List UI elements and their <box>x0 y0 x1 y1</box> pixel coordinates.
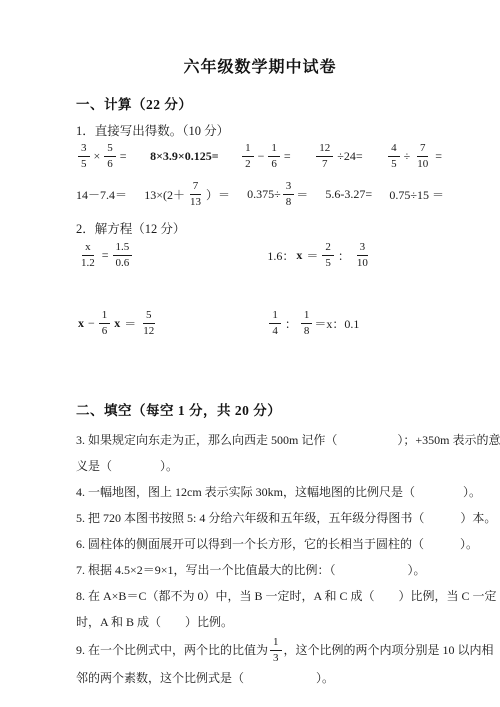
fraction-denominator: 8 <box>301 324 313 337</box>
fraction: 710 <box>414 142 431 170</box>
calc-expr-10: 0.75÷15 ＝ <box>389 186 444 203</box>
question-9-prefix: 9. 在一个比例式中，两个比的比值为 <box>76 635 268 665</box>
q1-label: 1．直接写出得数。（10 分） <box>76 121 444 139</box>
fraction-numerator: 1 <box>99 309 111 324</box>
question-5: 5. 把 720 本图书按照 5: 4 分给六年级和五年级，五年级分得图书（ ）… <box>76 505 444 531</box>
calc-expr-2: 8×3.9×0.125= <box>150 149 219 164</box>
fraction-denominator: 7 <box>319 157 331 170</box>
fraction: 16 <box>99 309 111 337</box>
equals-sign: = <box>120 149 127 164</box>
fraction-numerator: 1 <box>301 309 313 324</box>
equation-row-2: x − 16 x ＝ 512 14 ： 18 ＝x：0.1 <box>76 309 444 337</box>
equals-sign: ＝ <box>124 315 136 332</box>
calc-expr-3: 12 − 16 = <box>240 142 293 170</box>
question-7: 7. 根据 4.5×2＝9×1，写出一个比值最大的比例：（ ）。 <box>76 557 444 583</box>
question-4: 4. 一幅地图，图上 12cm 表示实际 30km，这幅地图的比例尺是（ ）。 <box>76 479 444 505</box>
question-7-line-1: 7. 根据 4.5×2＝9×1，写出一个比值最大的比例：（ ）。 <box>76 557 444 583</box>
minus-sign: − <box>88 316 95 331</box>
fraction: 45 <box>388 142 400 170</box>
expression-prefix: 13×(2＋ <box>144 186 185 203</box>
fraction-denominator: 8 <box>283 195 295 208</box>
equals-sign: = <box>284 149 291 164</box>
expression-suffix: ＝ <box>296 186 308 203</box>
fraction-numerator: 7 <box>190 180 202 195</box>
calc-row-2: 14－7.4＝ 13×(2＋ 713 ）＝ 0.375÷ 38 ＝ 5.6-3.… <box>76 179 444 209</box>
question-9-line-2: 邻的两个素数，这个比例式是（ ）。 <box>76 665 444 691</box>
fraction-numerator: 1 <box>269 309 281 324</box>
equals-sign: = <box>102 248 109 263</box>
equation-2: 1.6： x ＝ 25 ： 310 <box>267 241 373 269</box>
fraction-denominator: 6 <box>99 324 111 337</box>
fraction: 25 <box>322 241 334 269</box>
fraction-numerator: x <box>82 241 94 256</box>
operator: × <box>94 149 101 164</box>
section-fill-heading: 二、填空（每空 1 分，共 20 分） <box>76 399 444 419</box>
fraction-denominator: 5 <box>322 256 334 269</box>
fraction-numerator: 3 <box>283 180 295 195</box>
expression-prefix: 0.375÷ <box>247 187 281 202</box>
fraction-denominator: 1.2 <box>78 256 98 269</box>
fraction-numerator: 1.5 <box>113 241 133 256</box>
fraction: 713 <box>187 180 204 208</box>
fraction: 35 <box>78 142 90 170</box>
section-calc-heading: 一、计算（22 分） <box>76 93 444 113</box>
fraction-numerator: 5 <box>143 309 155 324</box>
fraction-numerator: 5 <box>104 142 116 157</box>
fraction: 18 <box>301 309 313 337</box>
fraction-denominator: 12 <box>140 324 157 337</box>
fraction: 127 <box>316 142 333 170</box>
fraction-numerator: 4 <box>388 142 400 157</box>
expression-suffix: ）＝ <box>206 186 230 203</box>
question-9-suffix: ，这个比例的两个内项分别是 10 以内相 <box>284 635 494 665</box>
question-5-line-1: 5. 把 720 本图书按照 5: 4 分给六年级和五年级，五年级分得图书（ ）… <box>76 505 444 531</box>
equals-sign: = <box>435 149 442 164</box>
calc-expr-9: 5.6-3.27= <box>325 187 372 202</box>
equation-3: x − 16 x ＝ 512 <box>76 309 267 337</box>
fraction-numerator: 1 <box>268 142 280 157</box>
fraction: 13 <box>270 636 282 664</box>
question-9-line-1: 9. 在一个比例式中，两个比的比值为 13 ，这个比例的两个内项分别是 10 以… <box>76 635 444 665</box>
equation-4: 14 ： 18 ＝x：0.1 <box>267 309 359 337</box>
fraction: 38 <box>283 180 295 208</box>
calc-row-1: 35 × 56 = 8×3.9×0.125= 12 − 16 = 127 ÷24… <box>76 141 444 171</box>
fraction-denominator: 10 <box>414 157 431 170</box>
question-3: 3. 如果规定向东走为正，那么向西走 500m 记作（ ）；+350m 表示的意… <box>76 427 444 479</box>
q2-label: 2．解方程（12 分） <box>76 219 444 237</box>
fraction-denominator: 4 <box>269 324 281 337</box>
exam-title: 六年级数学期中试卷 <box>76 54 444 77</box>
exam-paper: 六年级数学期中试卷 一、计算（22 分） 1．直接写出得数。（10 分） 35 … <box>0 0 500 707</box>
fraction: 14 <box>269 309 281 337</box>
fraction-denominator: 6 <box>104 157 116 170</box>
operator-tail: ÷24= <box>337 149 362 164</box>
fraction-denominator: 5 <box>78 157 90 170</box>
question-3-line-2: 义是（ ）。 <box>76 453 444 479</box>
fraction-denominator: 0.6 <box>113 256 133 269</box>
calc-expr-6: 14－7.4＝ <box>76 186 127 203</box>
fraction: 16 <box>268 142 280 170</box>
calc-expr-4: 127 ÷24= <box>314 142 364 170</box>
fraction-numerator: 7 <box>417 142 429 157</box>
question-6: 6. 圆柱体的侧面展开可以得到一个长方形，它的长相当于圆柱的（ ）。 <box>76 531 444 557</box>
fraction-denominator: 5 <box>388 157 400 170</box>
question-6-line-1: 6. 圆柱体的侧面展开可以得到一个长方形，它的长相当于圆柱的（ ）。 <box>76 531 444 557</box>
fraction-numerator: 1 <box>270 636 282 651</box>
calc-expr-7: 13×(2＋ 713 ）＝ <box>144 180 230 208</box>
fraction-denominator: 10 <box>354 256 371 269</box>
question-8-line-2: 时，A 和 B 成（ ）比例。 <box>76 609 444 635</box>
calc-expr-5: 45 ÷ 710 = <box>386 142 444 170</box>
calc-expr-1: 35 × 56 = <box>76 142 129 170</box>
ratio-suffix: ＝x：0.1 <box>314 315 359 332</box>
ratio-colon: ： <box>338 247 350 264</box>
ratio-prefix: 1.6： <box>267 247 294 264</box>
fraction-numerator: 2 <box>322 241 334 256</box>
variable-x: x <box>114 316 120 331</box>
fraction: 310 <box>354 241 371 269</box>
fraction-numerator: 3 <box>78 142 90 157</box>
fraction-numerator: 3 <box>357 241 369 256</box>
fraction-denominator: 6 <box>268 157 280 170</box>
fraction-denominator: 13 <box>187 195 204 208</box>
operator: ÷ <box>404 149 411 164</box>
operator: − <box>258 149 265 164</box>
equation-1: x1.2 = 1.50.6 <box>76 241 267 269</box>
variable-x: x <box>78 316 84 331</box>
fraction: 12 <box>242 142 254 170</box>
ratio-colon: ： <box>285 315 297 332</box>
fraction-numerator: 12 <box>316 142 333 157</box>
calc-expr-8: 0.375÷ 38 ＝ <box>247 180 308 208</box>
fraction-numerator: 1 <box>242 142 254 157</box>
question-9: 9. 在一个比例式中，两个比的比值为 13 ，这个比例的两个内项分别是 10 以… <box>76 635 444 691</box>
question-8-line-1: 8. 在 A×B＝C（都不为 0）中，当 B 一定时，A 和 C 成（ ）比例，… <box>76 583 444 609</box>
equals-sign: ＝ <box>306 247 318 264</box>
equation-row-1: x1.2 = 1.50.6 1.6： x ＝ 25 ： 310 <box>76 241 444 269</box>
fraction-denominator: 2 <box>242 157 254 170</box>
fraction: x1.2 <box>78 241 98 269</box>
question-8: 8. 在 A×B＝C（都不为 0）中，当 B 一定时，A 和 C 成（ ）比例，… <box>76 583 444 635</box>
fraction: 512 <box>140 309 157 337</box>
fraction-denominator: 3 <box>270 651 282 664</box>
variable-x: x <box>296 248 302 263</box>
question-4-line-1: 4. 一幅地图，图上 12cm 表示实际 30km，这幅地图的比例尺是（ ）。 <box>76 479 444 505</box>
question-3-line-1: 3. 如果规定向东走为正，那么向西走 500m 记作（ ）；+350m 表示的意 <box>76 427 444 453</box>
fraction: 1.50.6 <box>113 241 133 269</box>
fraction: 56 <box>104 142 116 170</box>
